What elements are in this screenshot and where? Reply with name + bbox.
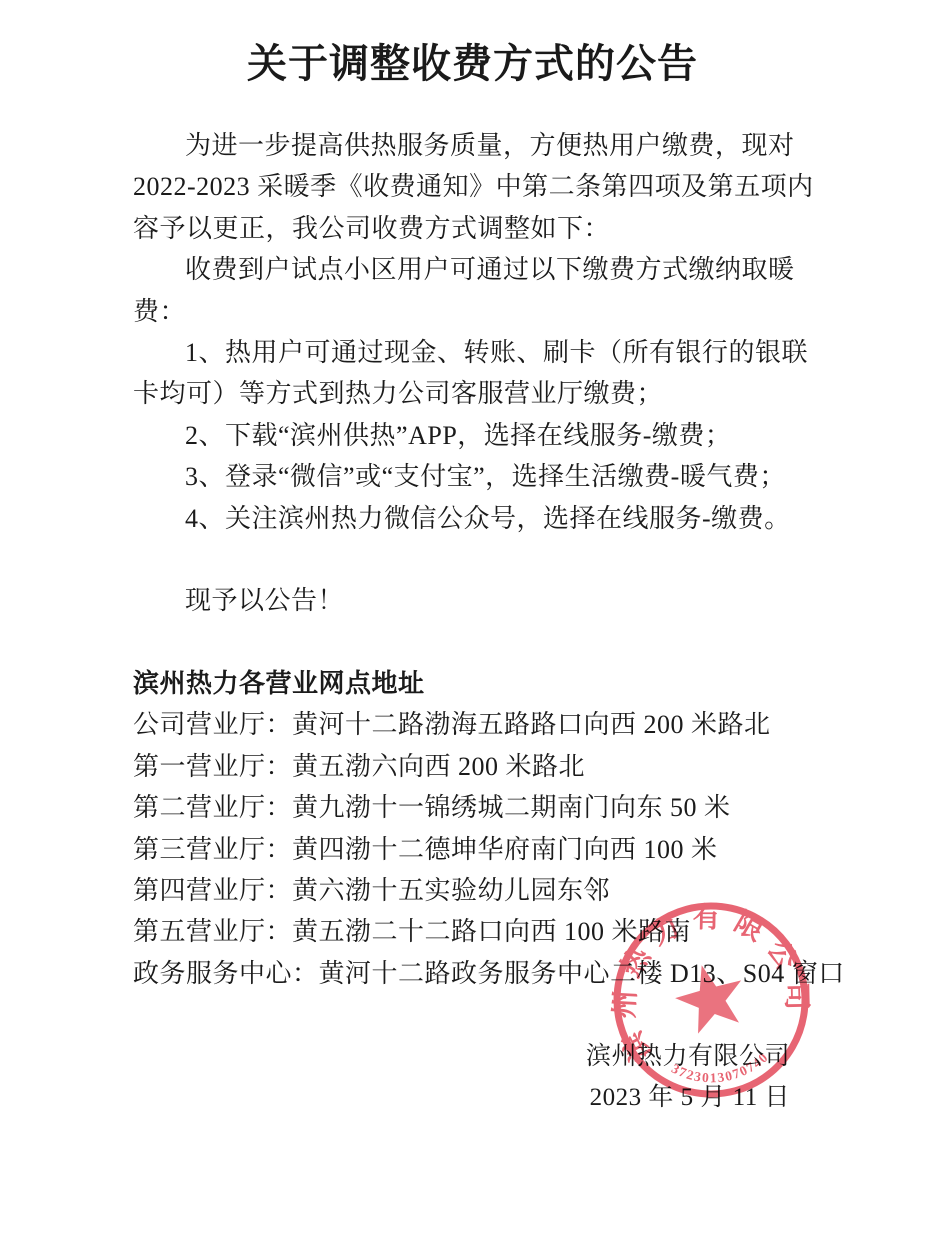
blank-line xyxy=(133,994,810,1035)
address-line-hall-5: 第五营业厅：黄五渤二十二路口向西 100 米路南 xyxy=(133,911,810,952)
paragraph-line: 为进一步提高供热服务质量，方便热用户缴费，现对 xyxy=(133,125,810,166)
list-item-2: 2、下载“滨州供热”APP，选择在线服务-缴费； xyxy=(133,415,810,456)
signature-date: 2023 年 5 月 11 日 xyxy=(133,1077,810,1118)
address-line-hall-4: 第四营业厅：黄六渤十五实验幼儿园东邻 xyxy=(133,870,810,911)
blank-line xyxy=(133,539,810,580)
page-title: 关于调整收费方式的公告 xyxy=(0,0,945,90)
document-body: 为进一步提高供热服务质量，方便热用户缴费，现对 2022-2023 采暖季《收费… xyxy=(0,125,945,1118)
closing-line: 现予以公告！ xyxy=(133,580,810,621)
paragraph-line: 2022-2023 采暖季《收费通知》中第二条第四项及第五项内 xyxy=(133,166,810,207)
announcement-page: 关于调整收费方式的公告 为进一步提高供热服务质量，方便热用户缴费，现对 2022… xyxy=(0,0,945,1236)
paragraph-line: 费： xyxy=(133,291,810,332)
address-line-company-hall: 公司营业厅：黄河十二路渤海五路路口向西 200 米路北 xyxy=(133,704,810,745)
address-line-gov-center: 政务服务中心：黄河十二路政务服务中心二楼 D13、S04 窗口 xyxy=(133,953,810,994)
list-item-1: 1、热用户可通过现金、转账、刷卡（所有银行的银联 xyxy=(133,332,810,373)
locations-heading: 滨州热力各营业网点地址 xyxy=(133,663,810,704)
paragraph-line: 收费到户试点小区用户可通过以下缴费方式缴纳取暖 xyxy=(133,249,810,290)
address-line-hall-1: 第一营业厅：黄五渤六向西 200 米路北 xyxy=(133,746,810,787)
signature-company: 滨州热力有限公司 xyxy=(133,1036,810,1077)
paragraph-line: 容予以更正，我公司收费方式调整如下： xyxy=(133,208,810,249)
list-item-4: 4、关注滨州热力微信公众号，选择在线服务-缴费。 xyxy=(133,498,810,539)
address-line-hall-2: 第二营业厅：黄九渤十一锦绣城二期南门向东 50 米 xyxy=(133,787,810,828)
list-item-1-cont: 卡均可）等方式到热力公司客服营业厅缴费； xyxy=(133,373,810,414)
address-line-hall-3: 第三营业厅：黄四渤十二德坤华府南门向西 100 米 xyxy=(133,829,810,870)
list-item-3: 3、登录“微信”或“支付宝”，选择生活缴费-暖气费； xyxy=(133,456,810,497)
blank-line xyxy=(133,622,810,663)
